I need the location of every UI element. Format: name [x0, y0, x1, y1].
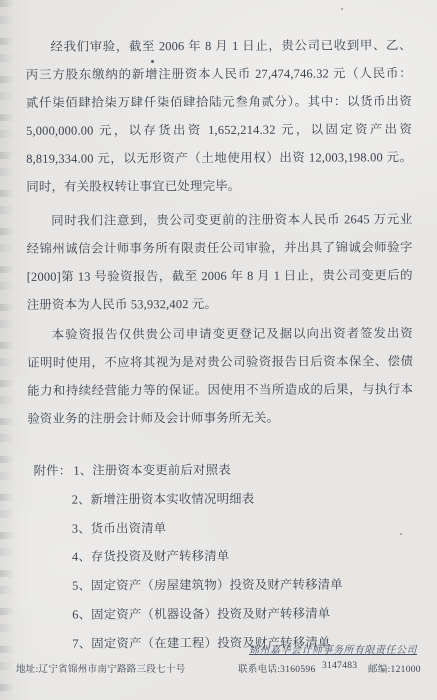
text-line: 验资业务的注册会计师及会计师事务所无关。: [27, 403, 413, 433]
attachment-item: 6、固定资产（机器设备）投资及财产转移清单: [28, 599, 414, 629]
scan-speck: [400, 533, 402, 535]
attachment-item-text: 1、注册资本变更前后对照表: [73, 463, 231, 478]
text-line: 同时我们注意到，贵公司变更前的注册资本人民币 2645 万元业: [26, 205, 412, 235]
text-line: 经锦州诚信会计师事务所有限责任公司审验，并出具了锦诚会师验字: [27, 233, 413, 263]
text-line: 同时，有关股权转让事宜已处理完毕。: [26, 171, 412, 201]
footer-phone: 联系电话:3160596: [238, 661, 316, 675]
text-line: [2000]第 13 号验资报告，截至 2006 年 8 月 1 日止，贵公司变…: [27, 261, 413, 291]
text-line: 经我们审验，截至 2006 年 8 月 1 日止，贵公司已收到甲、乙、: [26, 31, 412, 61]
document-content: 经我们审验，截至 2006 年 8 月 1 日止，贵公司已收到甲、乙、丙三方股东…: [26, 31, 415, 658]
attachments-list: 附件：1、注册资本变更前后对照表2、新增注册资本实收情况明细表3、货币出资清单4…: [27, 455, 414, 658]
attachment-item: 2、新增注册资本实收情况明细表: [28, 484, 414, 514]
document-body: 经我们审验，截至 2006 年 8 月 1 日止，贵公司已收到甲、乙、丙三方股东…: [26, 31, 414, 433]
text-line: 证明时使用，不应将其视为是对贵公司验资报告日后资本保全、偿债: [27, 347, 413, 377]
footer-firm-name: 锦州嘉华会计师事务所有限责任公司: [249, 641, 417, 656]
text-line: 注册资本为人民币 53,932,402 元。: [27, 289, 413, 319]
footer-address: 地址:辽宁省锦州市南宁路路三段七十号: [16, 661, 186, 675]
attachment-item-text: 5、固定资产（房屋建筑物）投资及财产转移清单: [72, 578, 343, 593]
text-line: 本验资报告仅供贵公司申请变更登记及据以向出资者签发出资: [27, 319, 413, 349]
scanned-report-page: 经我们审验，截至 2006 年 8 月 1 日止，贵公司已收到甲、乙、丙三方股东…: [0, 0, 437, 700]
attachment-item-text: 4、存货投资及财产转移清单: [72, 549, 230, 564]
text-line: 丙三方股东缴纳的新增注册资本人民币 27,474,746.32 元（人民币：: [26, 59, 412, 89]
scan-edge-shadow: [0, 0, 14, 700]
attachment-item-text: 2、新增注册资本实收情况明细表: [72, 492, 255, 507]
scan-speck: [341, 8, 343, 10]
attachment-item-text: 6、固定资产（机器设备）投资及财产转移清单: [72, 607, 330, 622]
attachment-item: 附件：1、注册资本变更前后对照表: [27, 455, 413, 485]
body-paragraph: 经我们审验，截至 2006 年 8 月 1 日止，贵公司已收到甲、乙、丙三方股东…: [26, 31, 413, 201]
text-line: 5,000,000.00 元，以存货出资 1,652,214.32 元，以固定资…: [26, 115, 412, 145]
text-line: 贰仟柒佰肆拾柒万肆仟柒佰肆拾陆元叁角贰分）。其中：以货币出资: [26, 87, 412, 117]
attachment-item: 5、固定资产（房屋建筑物）投资及财产转移清单: [28, 570, 414, 600]
text-line: 8,819,334.00 元，以无形资产（土地使用权）出资 12,003,198…: [26, 143, 412, 173]
attachment-item: 4、存货投资及财产转移清单: [28, 542, 414, 572]
body-paragraph: 本验资报告仅供贵公司申请变更登记及据以向出资者签发出资证明时使用，不应将其视为是…: [27, 319, 413, 433]
footer-phone-alt: 3147483: [322, 661, 357, 671]
attachment-item-text: 3、货币出资清单: [72, 521, 167, 535]
body-paragraph: 同时我们注意到，贵公司变更前的注册资本人民币 2645 万元业经锦州诚信会计师事…: [26, 205, 412, 319]
text-line: 能力和持续经营能力等的保证。因使用不当所造成的后果，与执行本: [27, 375, 413, 405]
scan-speck: [151, 60, 154, 63]
footer-postcode: 邮编:121000: [368, 661, 421, 675]
attachment-item: 3、货币出资清单: [28, 513, 414, 543]
attachments-label: 附件：: [34, 464, 72, 478]
